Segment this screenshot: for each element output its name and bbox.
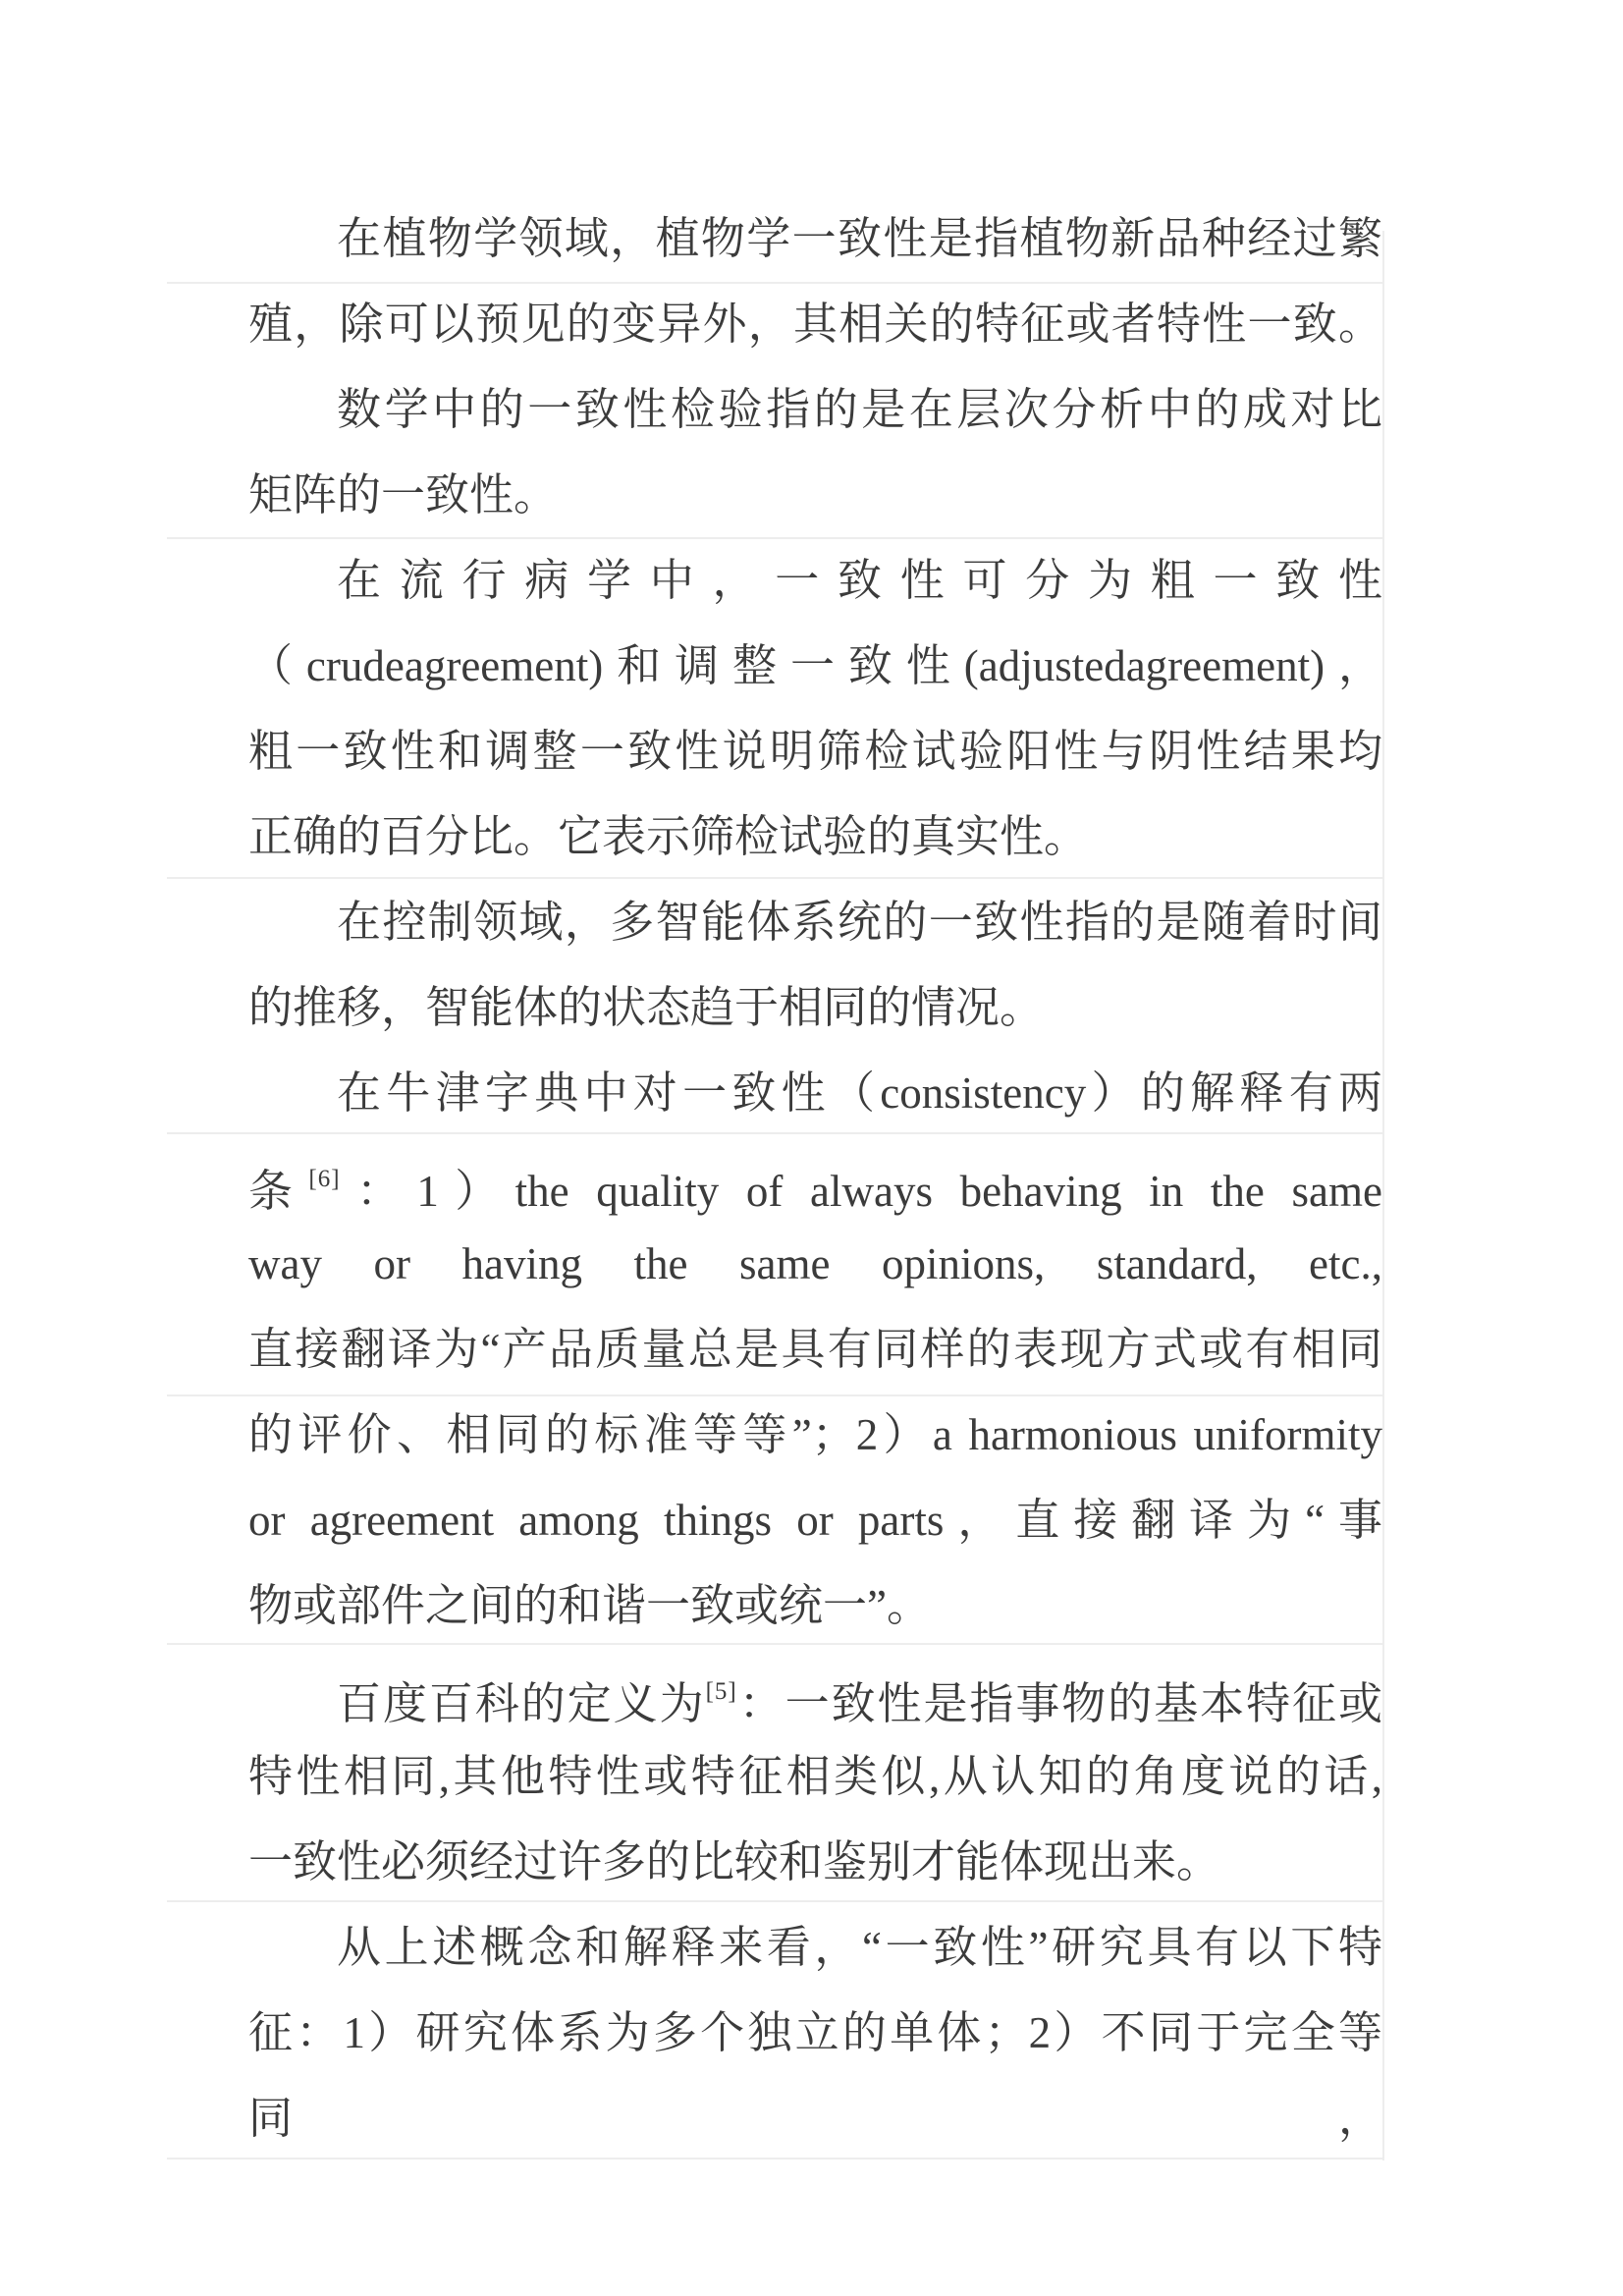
text-line: or agreement among things or parts，直接翻译为… (248, 1478, 1382, 1563)
ruled-line-vertical (1382, 231, 1384, 2160)
document-page: 在植物学领域，植物学一致性是指植物新品种经过繁 殖，除可以预见的变异外，其相关的… (248, 196, 1382, 2076)
text-line: 的推移，智能体的状态趋于相同的情况。 (248, 965, 1382, 1051)
text-segment: 百度百科的定义为 (337, 1679, 706, 1728)
text-line: 的评价、相同的标准等等”；2）a harmonious uniformity (248, 1393, 1382, 1478)
text-line: way or having the same opinions, standar… (248, 1222, 1382, 1307)
text-segment: ：一致性是指事物的基本特征或 (737, 1679, 1382, 1728)
text-segment: ：1）the quality of always behaving in the… (341, 1167, 1382, 1216)
text-line: 一致性必须经过许多的比较和鉴别才能体现出来。 (248, 1820, 1382, 1905)
text-line: 从上述概念和解释来看，“一致性”研究具有以下特 (248, 1905, 1382, 1991)
text-line: 征：1）研究体系为多个独立的单体；2）不同于完全等同， (248, 1991, 1382, 2076)
text-line: 粗一致性和调整一致性说明筛检试验阳性与阴性结果均 (248, 709, 1382, 794)
text-line: 在牛津字典中对一致性（consistency）的解释有两 (248, 1051, 1382, 1136)
text-line: 条[6]：1）the quality of always behaving in… (248, 1136, 1382, 1222)
text-line: 在流行病学中，一致性可分为粗一致性 (248, 538, 1382, 624)
citation-superscript: [5] (706, 1678, 737, 1705)
text-line: 特性相同,其他特性或特征相类似,从认知的角度说的话, (248, 1734, 1382, 1820)
text-line: 在植物学领域，植物学一致性是指植物新品种经过繁 (248, 196, 1382, 282)
text-line: （crudeagreement)和调整一致性(adjustedagreement… (248, 624, 1382, 709)
text-line: 在控制领域，多智能体系统的一致性指的是随着时间 (248, 880, 1382, 965)
text-segment: 条 (248, 1167, 308, 1216)
text-line: 百度百科的定义为[5]：一致性是指事物的基本特征或 (248, 1649, 1382, 1734)
text-line: 直接翻译为“产品质量总是具有同样的表现方式或有相同 (248, 1307, 1382, 1393)
text-line: 物或部件之间的和谐一致或统一”。 (248, 1563, 1382, 1649)
text-line: 矩阵的一致性。 (248, 453, 1382, 538)
text-line: 数学中的一致性检验指的是在层次分析中的成对比 (248, 367, 1382, 453)
text-line: 正确的百分比。它表示筛检试验的真实性。 (248, 794, 1382, 880)
text-line: 殖，除可以预见的变异外，其相关的特征或者特性一致。 (248, 282, 1382, 367)
citation-superscript: [6] (308, 1166, 340, 1192)
